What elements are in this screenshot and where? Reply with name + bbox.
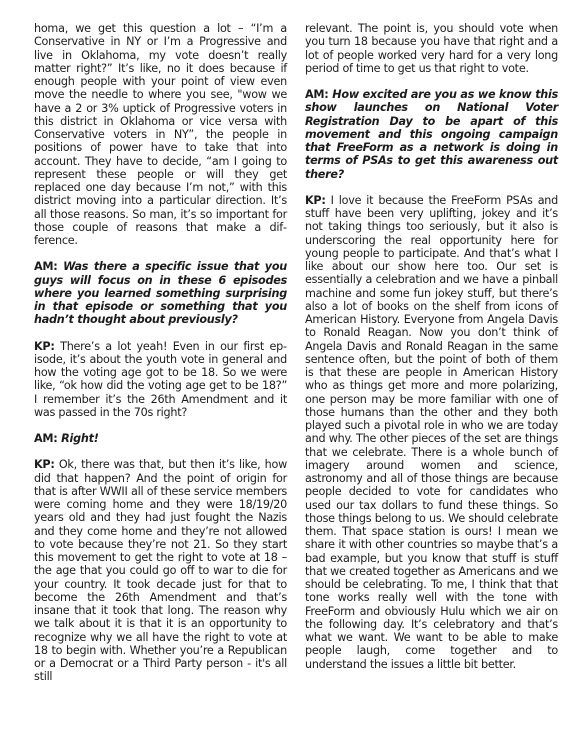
- paragraph-text: Right!: [61, 432, 98, 445]
- paragraph-text: I love it because the FreeForm PSAs and …: [305, 194, 558, 671]
- paragraph-question: AM: Was there a specific issue that you …: [34, 260, 287, 326]
- paragraph-text: There’s a lot yeah! Even in our first ep…: [34, 340, 287, 419]
- speaker-label: KP:: [305, 194, 326, 207]
- speaker-label: AM:: [34, 432, 58, 445]
- right-column: relevant. The point is, you should vote …: [305, 22, 558, 684]
- paragraph-text: Ok, there was that, but then it’s like, …: [34, 458, 287, 683]
- paragraph-text: relevant. The point is, you should vote …: [305, 22, 558, 75]
- speaker-label: KP:: [34, 340, 55, 353]
- paragraph-answer-continued: relevant. The point is, you should vote …: [305, 22, 558, 75]
- paragraph-answer: KP: Ok, there was that, but then it’s li…: [34, 458, 287, 683]
- paragraph-answer: KP: There’s a lot yeah! Even in our firs…: [34, 340, 287, 420]
- paragraph-question: AM: How excited are you as we know this …: [305, 88, 558, 181]
- paragraph-answer-continued: homa, we get this question a lot – “I’m …: [34, 22, 287, 247]
- paragraph-text: Was there a specific issue that you guys…: [34, 260, 287, 326]
- paragraph-question: AM: Right!: [34, 432, 287, 445]
- paragraph-answer: KP: I love it because the FreeForm PSAs …: [305, 194, 558, 671]
- paragraph-text: homa, we get this question a lot – “I’m …: [34, 22, 287, 247]
- speaker-label: AM:: [305, 88, 329, 101]
- speaker-label: KP:: [34, 458, 55, 471]
- left-column: homa, we get this question a lot – “I’m …: [34, 22, 287, 697]
- document-page: homa, we get this question a lot – “I’m …: [0, 0, 576, 746]
- paragraph-text: How excited are you as we know this show…: [305, 88, 558, 181]
- speaker-label: AM:: [34, 260, 58, 273]
